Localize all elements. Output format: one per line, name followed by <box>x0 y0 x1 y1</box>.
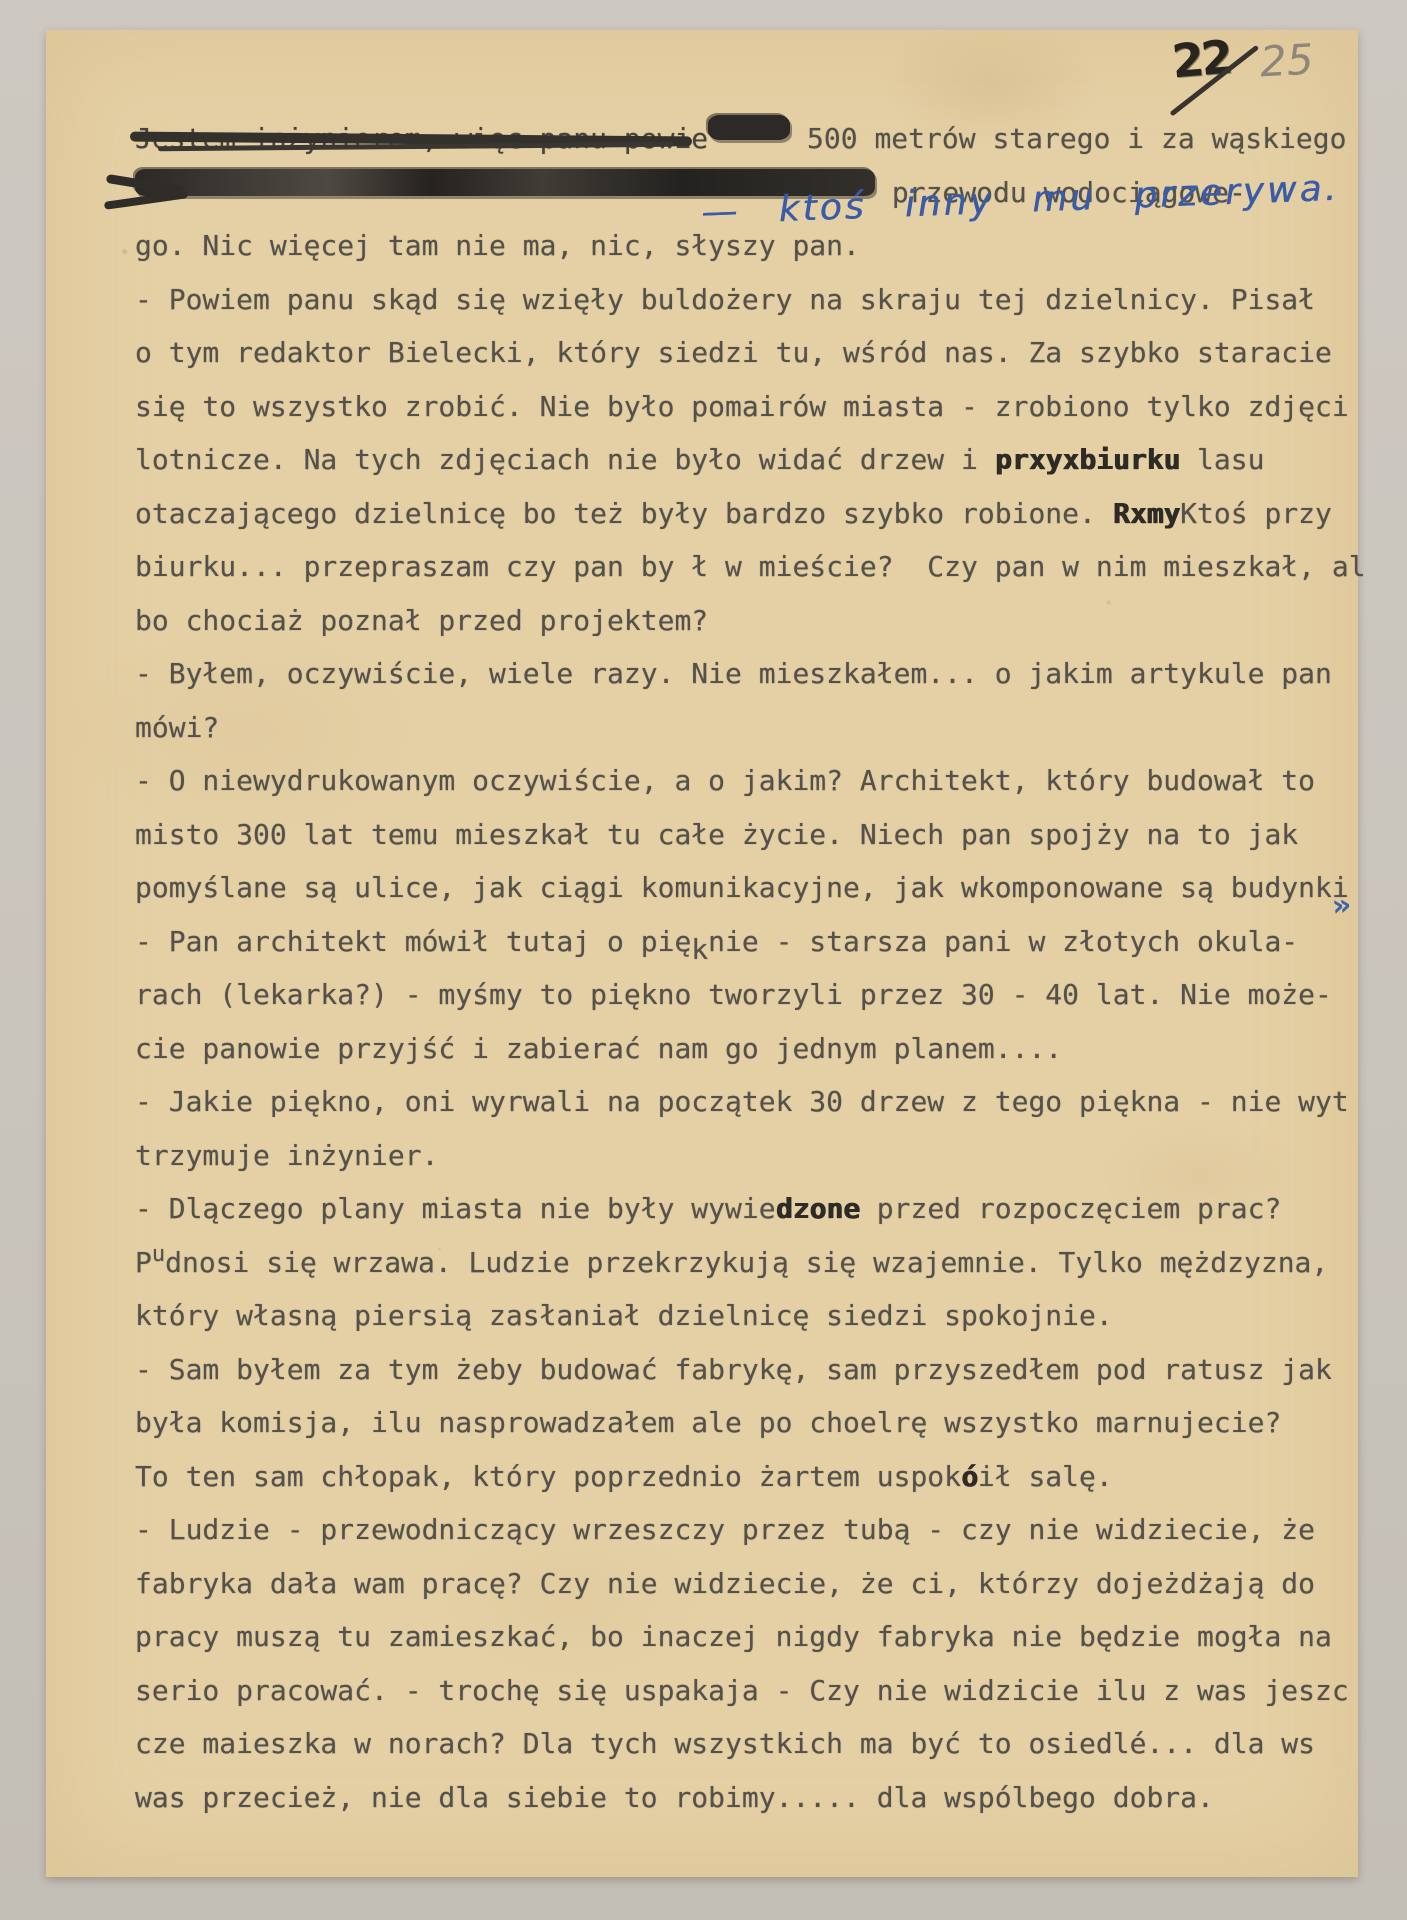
typed-line: lotnicze. Na tych zdjęciach nie było wid… <box>135 433 1380 487</box>
typed-line: Pudnosi się wrzawa. Ludzie przekrzykują … <box>135 1236 1380 1290</box>
typed-line: który własną piersią zasłaniał dzielnicę… <box>135 1289 1380 1343</box>
typed-text: - Dlączego plany miasta nie były wywie <box>135 1192 776 1225</box>
typed-text: - O niewydrukowanym oczywiście, a o jaki… <box>135 764 1315 797</box>
typed-line: rach (lekarka?) - myśmy to piękno tworzy… <box>135 968 1380 1022</box>
typed-text: prxyxbiurku <box>995 443 1180 476</box>
typed-text: fabryka dała wam pracę? Czy nie widzieci… <box>135 1567 1315 1600</box>
typed-line: o tym redaktor Bielecki, który siedzi tu… <box>135 326 1380 380</box>
page-number-pencil: 25 <box>1259 35 1315 87</box>
typed-text: rach (lekarka?) - myśmy to piękno tworzy… <box>135 978 1332 1011</box>
typed-text: trzymuje inżynier. <box>135 1139 438 1172</box>
typed-text: dzone <box>776 1192 860 1225</box>
typed-text: otaczającego dzielnicę bo też były bardz… <box>135 497 1113 530</box>
typed-line: - Sam byłem za tym żeby budować fabrykę,… <box>135 1343 1380 1397</box>
typed-text: - Ludzie - przewodniczący wrzeszczy prze… <box>135 1513 1315 1546</box>
typed-line: pracy muszą tu zamieszkać, bo inaczej ni… <box>135 1610 1380 1664</box>
typed-text: go. Nic więcej tam nie ma, nic, słyszy p… <box>135 229 860 262</box>
typed-text: biurku... przepraszam czy pan by ł w mie… <box>135 550 1366 583</box>
typed-line: mówi? <box>135 701 1380 755</box>
typed-text: P <box>135 1246 152 1279</box>
typed-line: cie panowie przyjść i zabierać nam go je… <box>135 1022 1380 1076</box>
typed-line: bo chociaż poznał przed projektem? <box>135 594 1380 648</box>
typed-line: fabryka dała wam pracę? Czy nie widzieci… <box>135 1557 1380 1611</box>
typed-line: serio pracować. - trochę się uspakaja - … <box>135 1664 1380 1718</box>
typed-line: była komisja, ilu nasprowadzałem ale po … <box>135 1396 1380 1450</box>
typed-text: lotnicze. Na tych zdjęciach nie było wid… <box>135 443 995 476</box>
typed-text: Ktoś przy <box>1180 497 1332 530</box>
typed-text: bo chociaż poznał przed projektem? <box>135 604 708 637</box>
typed-text: pomyślane są ulice, jak ciągi komunikacy… <box>135 871 1349 904</box>
typed-text: - Sam byłem za tym żeby budować fabrykę,… <box>135 1353 1332 1386</box>
typed-line: cze maieszka w norach? Dla tych wszystki… <box>135 1717 1380 1771</box>
typed-text: dnosi się wrzawa. Ludzie przekrzykują si… <box>165 1246 1328 1279</box>
ink-blot <box>708 115 790 140</box>
typed-line: pomyślane są ulice, jak ciągi komunikacy… <box>135 861 1380 915</box>
typed-text: k <box>691 933 708 966</box>
typed-text: - Powiem panu skąd się wzięły buldożery … <box>135 283 1315 316</box>
typed-line: się to wszystko zrobić. Nie było pomairó… <box>135 380 1380 434</box>
typed-text: ó <box>961 1460 978 1493</box>
typed-text: ił salę. <box>978 1460 1113 1493</box>
typed-text: To ten sam chłopak, który poprzednio żar… <box>135 1460 961 1493</box>
typed-line: - Byłem, oczywiście, wiele razy. Nie mie… <box>135 647 1380 701</box>
typed-text-block: Jestem inżynierem, więc panu powie 500 m… <box>135 112 1380 1824</box>
typed-line: - Powiem panu skąd się wzięły buldożery … <box>135 273 1380 327</box>
typed-text: lasu <box>1180 443 1264 476</box>
typed-text: nie - starsza pani w złotych okula- <box>708 925 1298 958</box>
document-page: 22 25 Jestem inżynierem, więc panu powie… <box>46 30 1358 1877</box>
typed-line: - O niewydrukowanym oczywiście, a o jaki… <box>135 754 1380 808</box>
scan-background: 22 25 Jestem inżynierem, więc panu powie… <box>0 0 1407 1920</box>
typed-text: który własną piersią zasłaniał dzielnicę… <box>135 1299 1113 1332</box>
typed-text: była komisja, ilu nasprowadzałem ale po … <box>135 1406 1281 1439</box>
margin-arrow-mark: » <box>1330 887 1353 924</box>
typed-text: - Jakie piękno, oni wyrwali na początek … <box>135 1085 1349 1118</box>
typed-text: cie panowie przyjść i zabierać nam go je… <box>135 1032 1062 1065</box>
typed-text: u <box>152 1242 165 1267</box>
typed-line: - Dlączego plany miasta nie były wywiedz… <box>135 1182 1380 1236</box>
typed-line: misto 300 lat temu mieszkał tu całe życi… <box>135 808 1380 862</box>
typed-text: 500 metrów starego i za wąskiego <box>790 122 1346 155</box>
typed-line: To ten sam chłopak, który poprzednio żar… <box>135 1450 1380 1504</box>
typed-line: was przecież, nie dla siebie to robimy..… <box>135 1771 1380 1825</box>
typed-line: - Ludzie - przewodniczący wrzeszczy prze… <box>135 1503 1380 1557</box>
typed-line: otaczającego dzielnicę bo też były bardz… <box>135 487 1380 541</box>
typed-text: misto 300 lat temu mieszkał tu całe życi… <box>135 818 1298 851</box>
typed-line: trzymuje inżynier. <box>135 1129 1380 1183</box>
typed-line: - Pan architekt mówił tutaj o pięknie - … <box>135 915 1380 969</box>
typed-text: o tym redaktor Bielecki, który siedzi tu… <box>135 336 1332 369</box>
typed-line: - Jakie piękno, oni wyrwali na początek … <box>135 1075 1380 1129</box>
page-number-struck-value: 22 <box>1170 30 1233 89</box>
typed-text: mówi? <box>135 711 219 744</box>
typed-text: serio pracować. - trochę się uspakaja - … <box>135 1674 1349 1707</box>
typed-text: - Byłem, oczywiście, wiele razy. Nie mie… <box>135 657 1332 690</box>
page-number-struck: 22 <box>1170 30 1233 89</box>
typed-text: się to wszystko zrobić. Nie było pomairó… <box>135 390 1349 423</box>
typed-text: przed rozpoczęciem prac? <box>860 1192 1281 1225</box>
typed-line: biurku... przepraszam czy pan by ł w mie… <box>135 540 1380 594</box>
typed-text: Rxmy <box>1113 497 1180 530</box>
typed-text: pracy muszą tu zamieszkać, bo inaczej ni… <box>135 1620 1332 1653</box>
typed-text: - Pan architekt mówił tutaj o pię <box>135 925 691 958</box>
typed-text: cze maieszka w norach? Dla tych wszystki… <box>135 1727 1315 1760</box>
typed-text: was przecież, nie dla siebie to robimy..… <box>135 1781 1214 1814</box>
